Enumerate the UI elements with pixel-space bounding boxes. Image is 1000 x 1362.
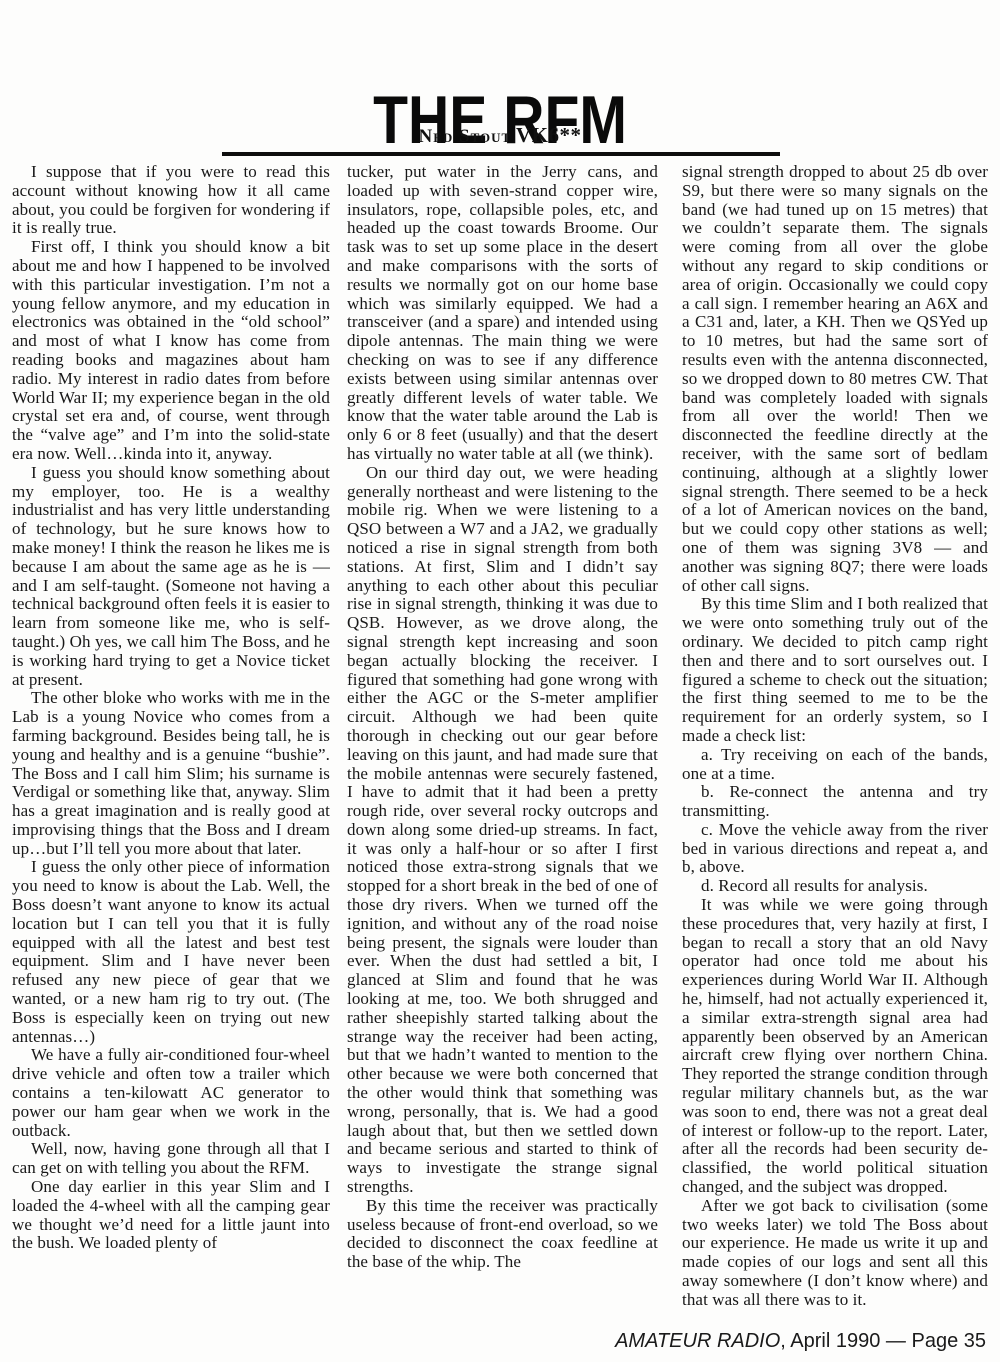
paragraph: By this time the receiver was practicall… bbox=[347, 1197, 658, 1272]
paragraph: Well, now, having gone through all that … bbox=[12, 1140, 330, 1178]
paragraph: It was while we were going through these… bbox=[682, 896, 988, 1197]
paragraph: I guess you should know something about … bbox=[12, 464, 330, 690]
paragraph: On our third day out, we were heading ge… bbox=[347, 464, 658, 1197]
title-divider-rule bbox=[222, 152, 780, 156]
paragraph: The other bloke who works with me in the… bbox=[12, 689, 330, 858]
byline-author: Ned Stout bbox=[419, 126, 512, 147]
paragraph: We have a fully air-conditioned four-whe… bbox=[12, 1046, 330, 1140]
paragraph: signal strength dropped to about 25 db o… bbox=[682, 163, 988, 595]
paragraph: d. Record all results for analysis. bbox=[682, 877, 988, 896]
paragraph: b. Re-connect the antenna and try transm… bbox=[682, 783, 988, 821]
paragraph: I suppose that if you were to read this … bbox=[12, 163, 330, 238]
paragraph: a. Try receiving on each of the bands, o… bbox=[682, 746, 988, 784]
footer-issue-page: , April 1990 — Page 35 bbox=[780, 1330, 986, 1352]
byline: Ned Stout VK6** bbox=[0, 123, 1000, 148]
article-column: tucker, put water in the Jerry cans, and… bbox=[347, 163, 658, 1272]
page-footer: AMATEUR RADIO, April 1990 — Page 35 bbox=[615, 1330, 986, 1353]
footer-magazine-name: AMATEUR RADIO bbox=[615, 1330, 780, 1352]
paragraph: After we got back to civilisation (some … bbox=[682, 1197, 988, 1310]
article-column: I suppose that if you were to read this … bbox=[12, 163, 330, 1253]
magazine-page: THE RFM Ned Stout VK6** I suppose that i… bbox=[0, 0, 1000, 1362]
paragraph: c. Move the vehicle away from the river … bbox=[682, 821, 988, 877]
paragraph: By this time Slim and I both realized th… bbox=[682, 595, 988, 745]
paragraph: tucker, put water in the Jerry cans, and… bbox=[347, 163, 658, 464]
paragraph: I guess the only other piece of informat… bbox=[12, 858, 330, 1046]
paragraph: First off, I think you should know a bit… bbox=[12, 238, 330, 464]
article-column: signal strength dropped to about 25 db o… bbox=[682, 163, 988, 1310]
byline-callsign: VK6** bbox=[516, 123, 582, 147]
paragraph: One day earlier in this year Slim and I … bbox=[12, 1178, 330, 1253]
